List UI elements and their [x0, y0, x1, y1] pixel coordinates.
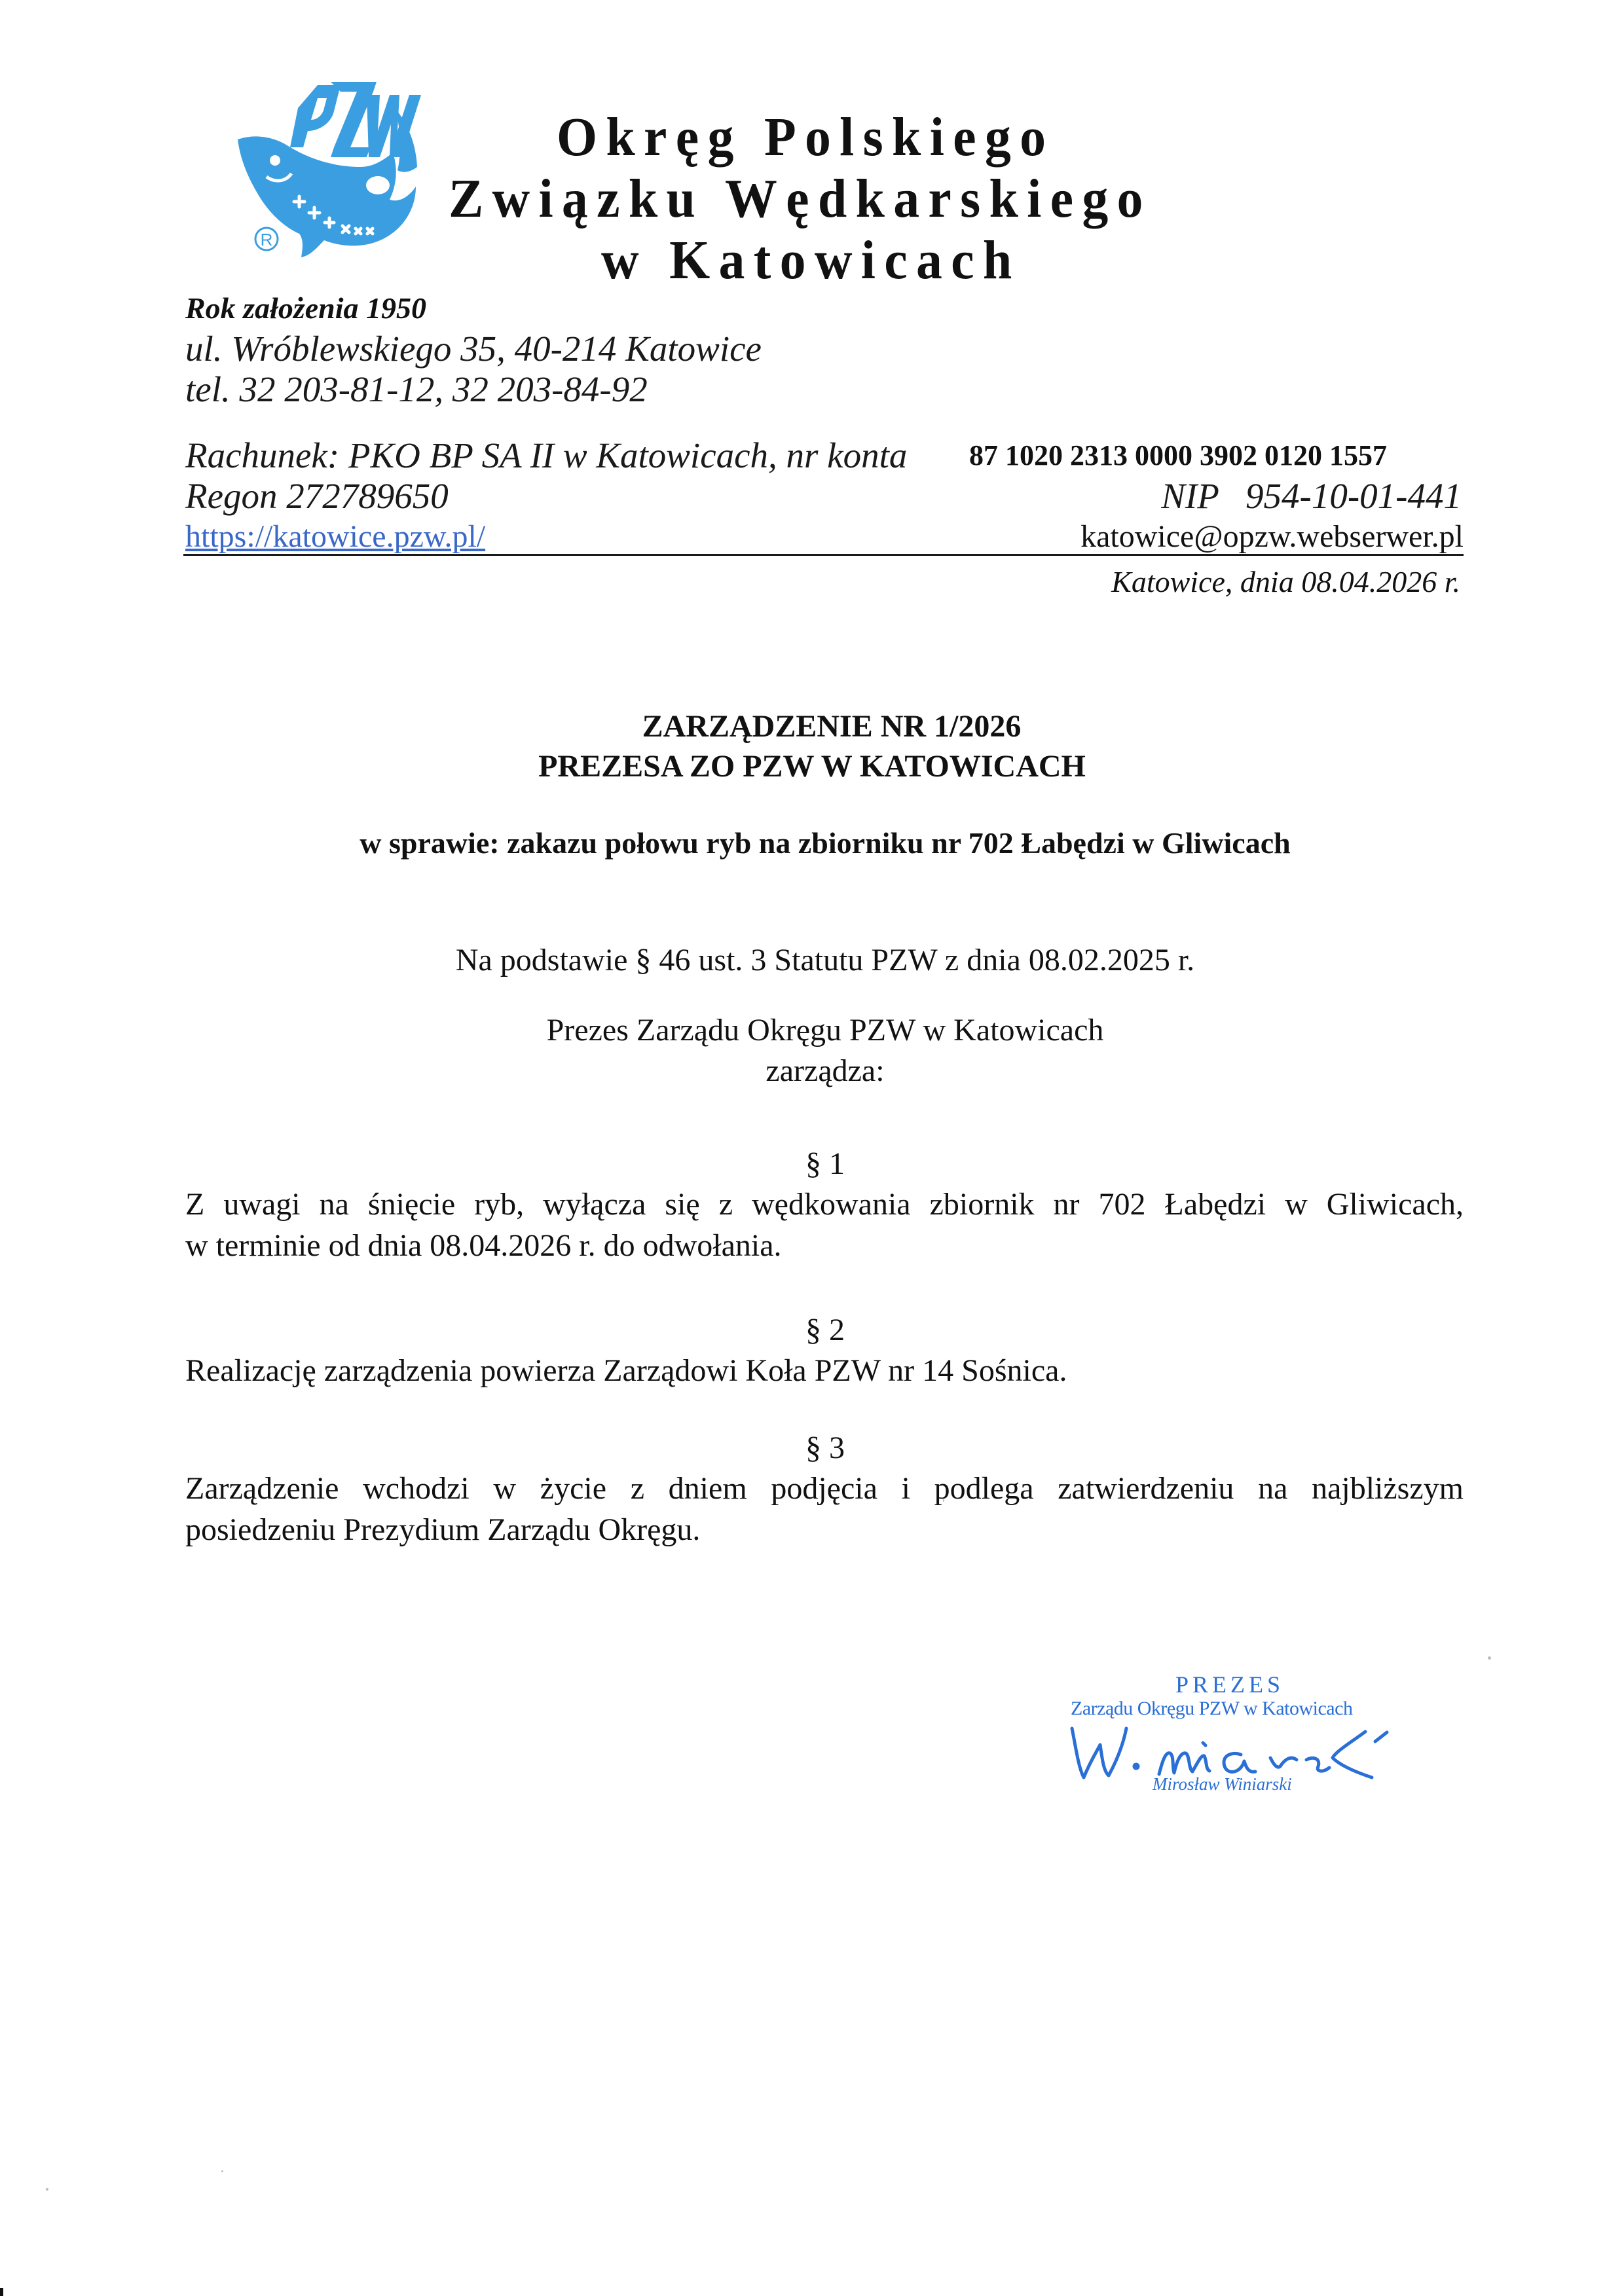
section-1-line-1: Z uwagi na śnięcie ryb, wyłącza się z wę…: [185, 1184, 1464, 1225]
account-number: 87 1020 2313 0000 3902 0120 1557: [969, 441, 1387, 470]
place-date: Katowice, dnia 08.04.2026 r.: [1111, 567, 1460, 597]
section-3-heading: § 3: [13, 1432, 1624, 1464]
org-name-line-2: Związku Wędkarskiego: [449, 172, 1152, 227]
scan-edge-mark: [0, 2288, 3, 2296]
scan-speck: [46, 2188, 48, 2191]
section-2-text: Realizację zarządzenia powierza Zarządow…: [185, 1350, 1464, 1391]
section-1-text: Z uwagi na śnięcie ryb, wyłącza się z wę…: [185, 1184, 1464, 1266]
stamp-title: PREZES: [1175, 1673, 1284, 1696]
header-divider: [183, 554, 1464, 556]
section-1-heading: § 1: [13, 1148, 1624, 1180]
section-3-line-2: posiedzeniu Prezydium Zarządu Okręgu.: [185, 1509, 1464, 1550]
legal-basis: Na podstawie § 46 ust. 3 Statutu PZW z d…: [13, 945, 1624, 976]
section-3-line-1: Zarządzenie wchodzi w życie z dniem podj…: [185, 1468, 1464, 1509]
section-1-line-2: w terminie od dnia 08.04.2026 r. do odwo…: [185, 1225, 1464, 1266]
signer-name: Mirosław Winiarski: [1153, 1776, 1292, 1793]
phone-numbers: tel. 32 203-81-12, 32 203-84-92: [185, 371, 648, 407]
org-name-line-1: Okręg Polskiego: [557, 110, 1054, 165]
founded-year: Rok założenia 1950: [185, 293, 426, 323]
scan-speck: [1488, 1656, 1491, 1660]
email-address[interactable]: katowice@opzw.webserwer.pl: [1080, 521, 1464, 553]
pzw-fish-logo: R: [226, 69, 429, 259]
scan-speck: [943, 1499, 944, 1502]
section-2-line-1: Realizację zarządzenia powierza Zarządow…: [185, 1350, 1464, 1391]
svg-text:R: R: [261, 230, 273, 249]
document-title: ZARZĄDZENIE NR 1/2026: [20, 711, 1624, 742]
document-subject: w sprawie: zakazu połowu ryb na zbiornik…: [13, 828, 1624, 858]
org-name-line-3: w Katowicach: [601, 233, 1021, 288]
nip: NIP 954-10-01-441: [1161, 478, 1462, 514]
website-link[interactable]: https://katowice.pzw.pl/: [185, 521, 485, 553]
regon: Regon 272789650: [185, 478, 449, 514]
section-2-heading: § 2: [13, 1315, 1624, 1346]
section-3-text: Zarządzenie wchodzi w życie z dniem podj…: [185, 1468, 1464, 1550]
address: ul. Wróblewskiego 35, 40-214 Katowice: [185, 331, 762, 367]
bank-label: Rachunek: PKO BP SA II w Katowicach, nr …: [185, 437, 907, 473]
document-subtitle: PREZESA ZO PZW W KATOWICACH: [0, 751, 1624, 782]
issuer: Prezes Zarządu Okręgu PZW w Katowicach: [13, 1015, 1624, 1046]
issuer-decrees: zarządza:: [13, 1055, 1624, 1087]
scan-speck: [221, 2170, 223, 2172]
